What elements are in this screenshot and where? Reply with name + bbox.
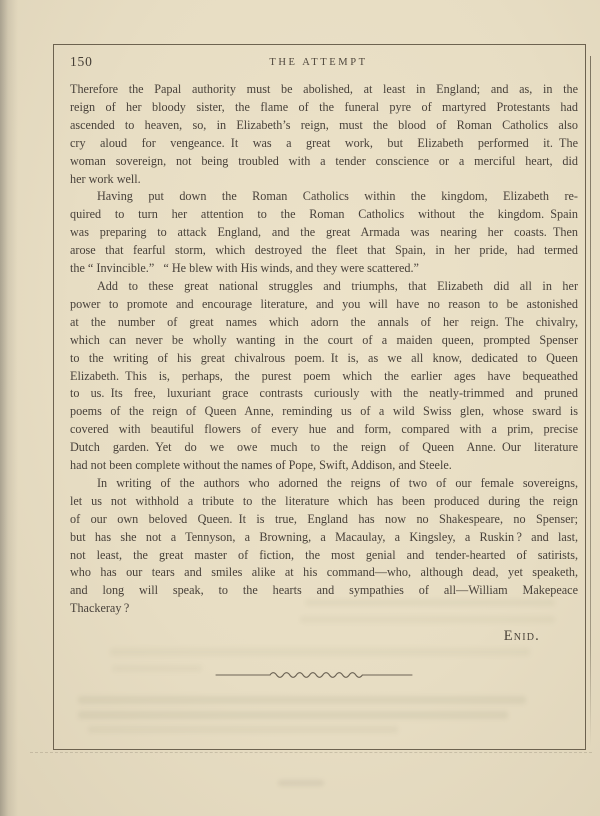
text-line: woman sovereign, not being troubled with… bbox=[70, 153, 578, 171]
paragraph: Having put down the Roman Catholics with… bbox=[70, 188, 578, 278]
text-line: quired to turn her attention to the Roma… bbox=[70, 206, 578, 224]
ink-bleedthrough-artifact bbox=[78, 696, 526, 704]
text-line: the “ Invincible.” “ He blew with His wi… bbox=[70, 260, 578, 278]
text-line: Elizabeth. This is, perhaps, the purest … bbox=[70, 368, 578, 386]
ink-bleedthrough-artifact bbox=[300, 616, 555, 623]
text-line: power to promote and encourage literatur… bbox=[70, 296, 578, 314]
paragraph: Therefore the Papal authority must be ab… bbox=[70, 81, 578, 188]
text-line: let us not withhold a tribute to the lit… bbox=[70, 493, 578, 511]
text-line: who has our tears and smiles alike at hi… bbox=[70, 564, 578, 582]
ink-bleedthrough-artifact bbox=[278, 780, 324, 786]
text-line: which can never be wholly wanting in the… bbox=[70, 332, 578, 350]
text-line: covered with beautiful flowers of every … bbox=[70, 421, 578, 439]
body-text: Therefore the Papal authority must be ab… bbox=[70, 81, 578, 618]
paragraph: In writing of the authors who adorned th… bbox=[70, 475, 578, 618]
adjacent-page-edge bbox=[590, 56, 591, 746]
text-line: her work well. bbox=[70, 171, 578, 189]
paragraph: Add to these great national struggles an… bbox=[70, 278, 578, 475]
frame-ghost-line bbox=[30, 752, 592, 753]
text-line: had not been complete without the names … bbox=[70, 457, 578, 475]
text-line: reign of her bloody sister, the flame of… bbox=[70, 99, 578, 117]
ink-bleedthrough-artifact bbox=[78, 711, 508, 719]
text-line: of our own beloved Queen. It is true, En… bbox=[70, 511, 578, 529]
text-line: arose that fearful storm, which destroye… bbox=[70, 242, 578, 260]
ink-bleedthrough-artifact bbox=[110, 648, 530, 656]
text-line: was preparing to attack England, and the… bbox=[70, 224, 578, 242]
text-line: to the writing of his great chivalrous p… bbox=[70, 350, 578, 368]
text-line: but has she not a Tennyson, a Browning, … bbox=[70, 529, 578, 547]
text-line: In writing of the authors who adorned th… bbox=[70, 475, 578, 493]
text-line: poems of the reign of Queen Anne, remind… bbox=[70, 403, 578, 421]
text-line: and long will speak, to the hearts and s… bbox=[70, 582, 578, 600]
text-line: Having put down the Roman Catholics with… bbox=[70, 188, 578, 206]
text-line: Dutch garden. Yet do we owe much to the … bbox=[70, 439, 578, 457]
text-line: to us. Its free, luxuriant grace contras… bbox=[70, 385, 578, 403]
text-line: not least, the great master of fiction, … bbox=[70, 547, 578, 565]
text-line: at the number of great names which adorn… bbox=[70, 314, 578, 332]
wavy-rule-divider-icon bbox=[214, 668, 414, 686]
text-line: Therefore the Papal authority must be ab… bbox=[70, 81, 578, 99]
scan-edge-shadow bbox=[0, 0, 18, 816]
ink-bleedthrough-artifact bbox=[88, 726, 398, 733]
text-line: ascended to heaven, so, in Elizabeth’s r… bbox=[70, 117, 578, 135]
text-line: Add to these great national struggles an… bbox=[70, 278, 578, 296]
author-signature: Enid. bbox=[504, 628, 540, 645]
text-line: cry aloud for vengeance. It was a great … bbox=[70, 135, 578, 153]
ink-bleedthrough-artifact bbox=[305, 599, 555, 606]
running-header: THE ATTEMPT bbox=[53, 57, 584, 68]
ink-bleedthrough-artifact bbox=[112, 665, 202, 672]
